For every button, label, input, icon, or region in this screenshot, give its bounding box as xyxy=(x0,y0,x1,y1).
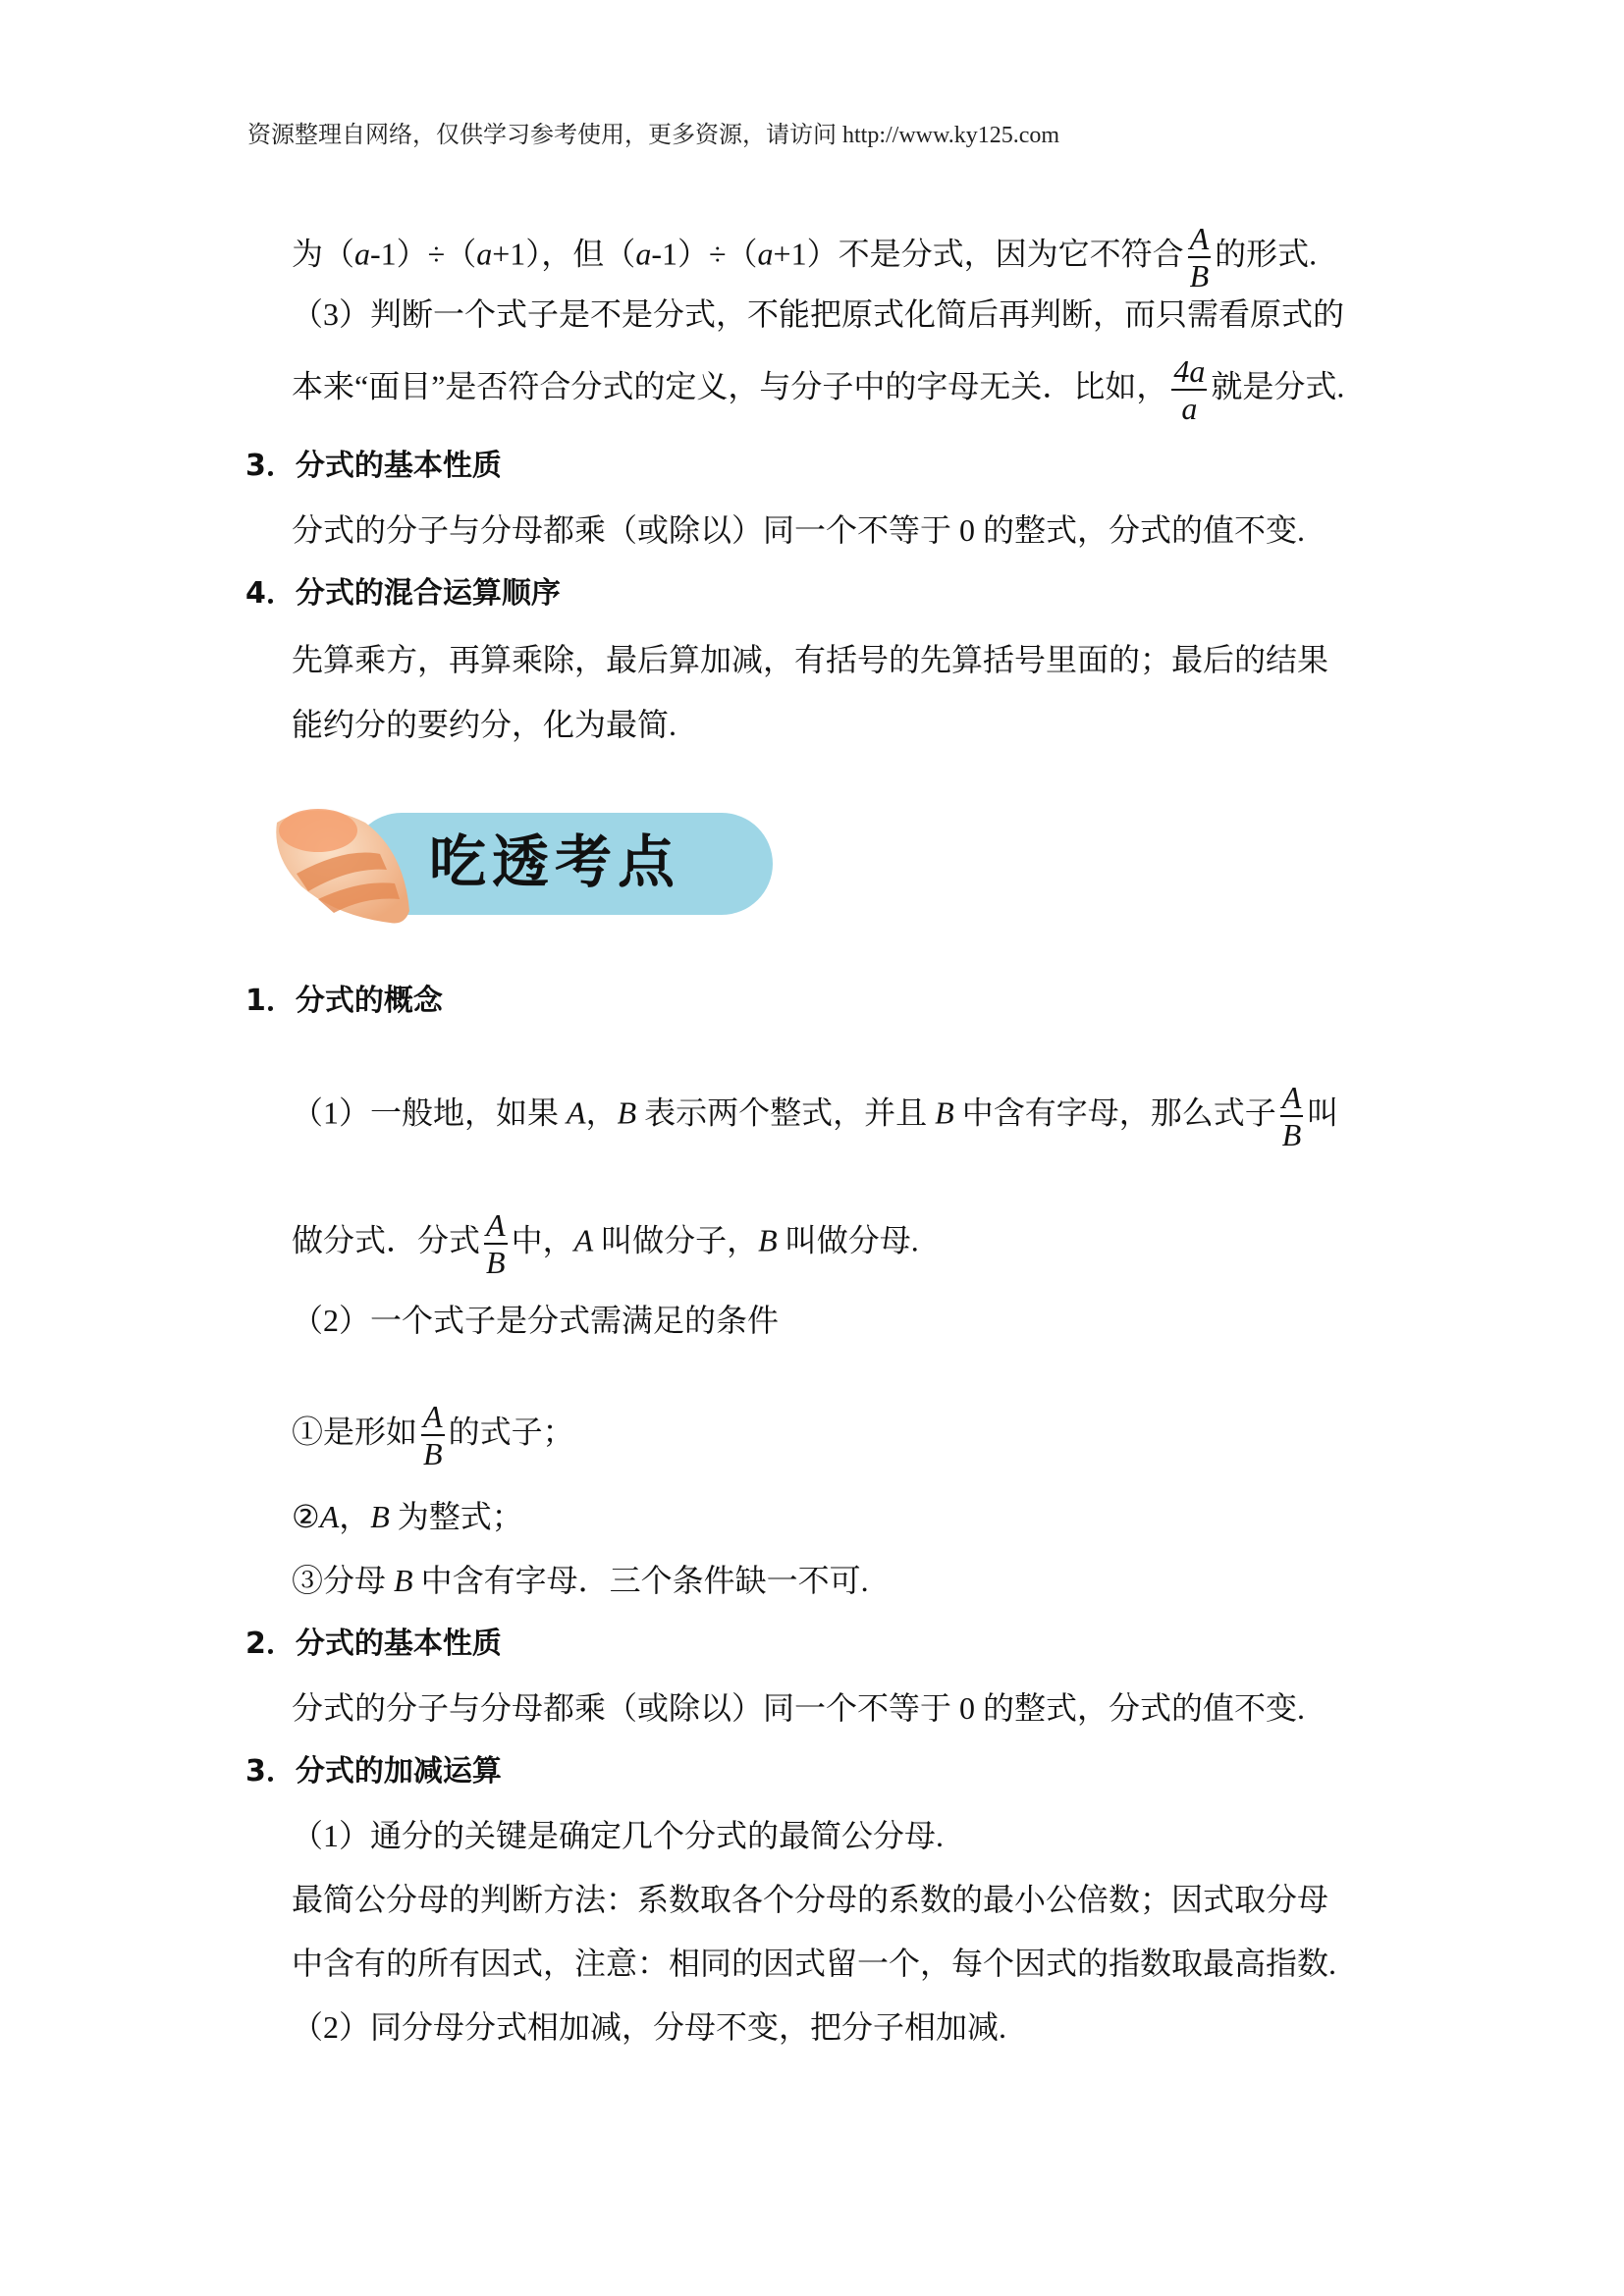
var-A: A xyxy=(574,1222,594,1257)
fraction-a-over-b: AB xyxy=(421,1399,445,1471)
text: ， xyxy=(586,1095,618,1130)
section-body: 能约分的要约分，化为最简. xyxy=(292,705,677,744)
text: 中含有字母，那么式子 xyxy=(954,1095,1276,1130)
text: ② xyxy=(292,1499,320,1534)
text: 为（ xyxy=(292,236,354,271)
denominator: B xyxy=(1280,1117,1304,1152)
var-A: A xyxy=(320,1499,340,1534)
concept-para-1: （1）一般地，如果 A，B 表示两个整式，并且 B 中含有字母，那么式子AB叫 xyxy=(292,1080,1338,1152)
section-heading: 1．分式的概念 xyxy=(245,982,443,1021)
section-body: （2）同分母分式相加减，分母不变，把分子相加减. xyxy=(292,2007,1006,2047)
fraction-a-over-b: AB xyxy=(484,1207,508,1280)
var-a: a xyxy=(354,236,370,271)
text: ①是形如 xyxy=(292,1414,417,1449)
section-body: 中含有的所有因式，注意：相同的因式留一个，每个因式的指数取最高指数. xyxy=(292,1944,1336,1983)
banner-title: 吃透考点 xyxy=(429,823,680,901)
text: 就是分式. xyxy=(1211,368,1344,403)
condition-2: ②A，B 为整式； xyxy=(292,1497,523,1536)
text: 中含有字母．三个条件缺一不可. xyxy=(413,1563,869,1598)
text: 叫 xyxy=(1307,1095,1338,1130)
section-body: 分式的分子与分母都乘（或除以）同一个不等于 0 的整式，分式的值不变. xyxy=(292,510,1305,550)
fraction-4a-over-a: 4aa xyxy=(1171,353,1207,426)
var-a: a xyxy=(476,236,492,271)
numerator: 4a xyxy=(1171,353,1207,389)
text: +1），但（ xyxy=(492,236,635,271)
var-a: a xyxy=(635,236,651,271)
text: -1）÷（ xyxy=(370,236,476,271)
text: 叫做分子， xyxy=(593,1222,758,1257)
concept-para-2: 做分式．分式AB中，A 叫做分子，B 叫做分母. xyxy=(292,1207,919,1280)
denominator: B xyxy=(421,1436,445,1471)
numerator: A xyxy=(1280,1080,1304,1115)
text: 为整式； xyxy=(390,1499,523,1534)
fraction-example-line: 为（a-1）÷（a+1），但（a-1）÷（a+1）不是分式，因为它不符合AB的形… xyxy=(292,221,1317,294)
text: 叫做分母. xyxy=(778,1222,919,1257)
var-B: B xyxy=(935,1095,954,1130)
text: 的形式. xyxy=(1215,236,1317,271)
var-A: A xyxy=(567,1095,586,1130)
conditions-title: （2）一个式子是分式需满足的条件 xyxy=(292,1301,779,1340)
item-3-line-2: 本来“面目”是否符合分式的定义，与分子中的字母无关．比如，4aa就是分式. xyxy=(292,353,1344,426)
section-heading: 2．分式的基本性质 xyxy=(245,1625,502,1664)
text: -1）÷（ xyxy=(651,236,757,271)
text: 中， xyxy=(512,1222,574,1257)
fraction-a-over-b: AB xyxy=(1280,1080,1304,1152)
denominator: a xyxy=(1179,391,1199,426)
text: （1）一般地，如果 xyxy=(292,1095,567,1130)
text: 做分式．分式 xyxy=(292,1222,480,1257)
var-B: B xyxy=(758,1222,778,1257)
section-body: 先算乘方，再算乘除，最后算加减，有括号的先算括号里面的；最后的结果 xyxy=(292,640,1328,679)
section-body: 分式的分子与分母都乘（或除以）同一个不等于 0 的整式，分式的值不变. xyxy=(292,1688,1305,1728)
fraction-a-over-b: AB xyxy=(1188,221,1212,294)
denominator: B xyxy=(484,1245,508,1280)
section-heading: 3．分式的基本性质 xyxy=(245,447,502,486)
text: 的式子； xyxy=(449,1414,574,1449)
condition-1: ①是形如AB的式子； xyxy=(292,1399,574,1471)
section-body: （1）通分的关键是确定几个分式的最简公分母. xyxy=(292,1816,944,1855)
section-heading: 3．分式的加减运算 xyxy=(245,1752,502,1791)
var-B: B xyxy=(394,1563,413,1598)
numerator: A xyxy=(421,1399,445,1434)
text: +1）不是分式，因为它不符合 xyxy=(774,236,1184,271)
var-a: a xyxy=(758,236,774,271)
seashell-icon xyxy=(257,793,424,931)
var-B: B xyxy=(370,1499,390,1534)
header-notice: 资源整理自网络，仅供学习参考使用，更多资源，请访问 http://www.ky1… xyxy=(247,121,1059,150)
text: ， xyxy=(339,1499,370,1534)
numerator: A xyxy=(1188,221,1212,256)
text: 本来“面目”是否符合分式的定义，与分子中的字母无关．比如， xyxy=(292,368,1167,403)
numerator: A xyxy=(484,1207,508,1243)
text: ③分母 xyxy=(292,1563,394,1598)
var-B: B xyxy=(618,1095,637,1130)
key-points-banner: 吃透考点 xyxy=(257,793,778,931)
section-heading: 4．分式的混合运算顺序 xyxy=(245,574,561,614)
condition-3: ③分母 B 中含有字母．三个条件缺一不可. xyxy=(292,1561,869,1600)
text: 表示两个整式，并且 xyxy=(636,1095,935,1130)
item-3-line-1: （3）判断一个式子是不是分式，不能把原式化简后再判断，而只需看原式的 xyxy=(292,294,1344,334)
section-body: 最简公分母的判断方法：系数取各个分母的系数的最小公倍数；因式取分母 xyxy=(292,1880,1328,1919)
denominator: B xyxy=(1188,258,1212,294)
